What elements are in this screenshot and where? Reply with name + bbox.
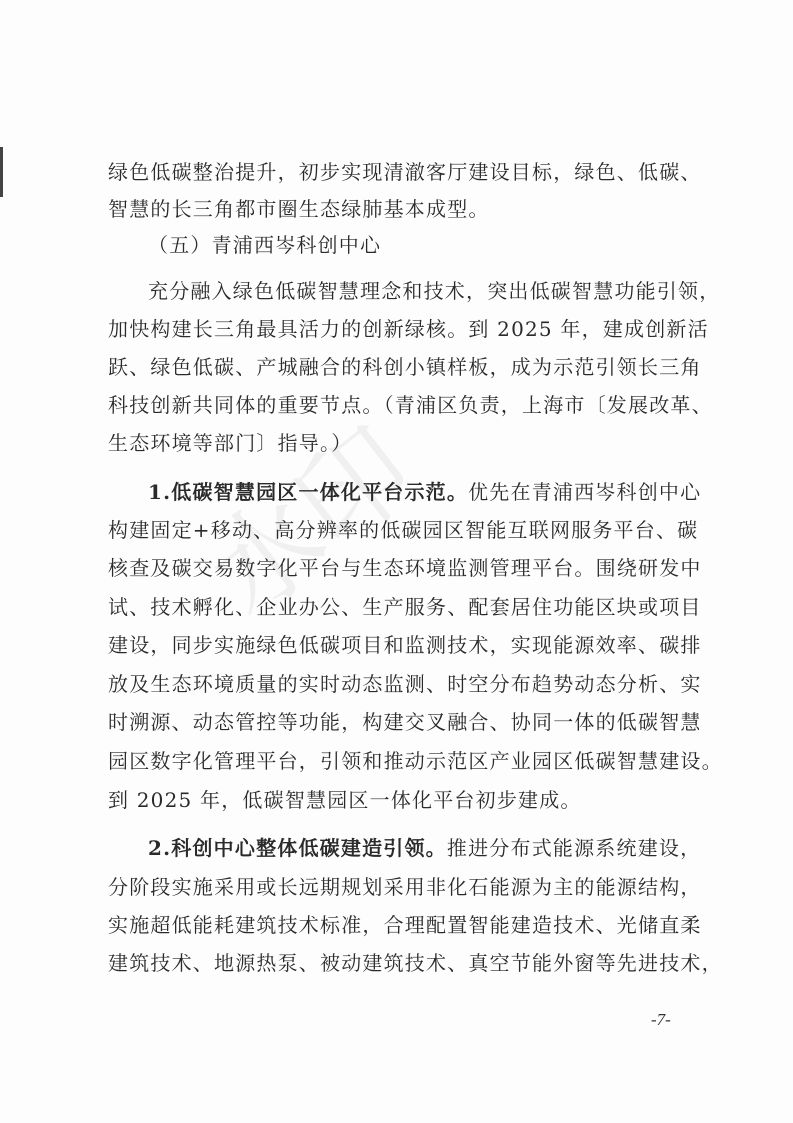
paragraph-line: 放及生态环境质量的实时动态监测、时空分布趋势动态分析、实 — [108, 672, 688, 696]
item-1-text: 优先在青浦西岑科创中心 — [468, 480, 701, 504]
item-2-first-line: 2.科创中心整体低碳建造引领。推进分布式能源系统建设， — [148, 836, 728, 860]
paragraph-line: 绿色低碳整治提升，初步实现清澈客厅建设目标，绿色、低碳、 — [108, 160, 688, 184]
section-heading: （五）青浦西岑科创中心 — [148, 233, 728, 257]
paragraph-line: 充分融入绿色低碳智慧理念和技术，突出低碳智慧功能引领， — [148, 279, 728, 303]
paragraph-line: 科技创新共同体的重要节点。（青浦区负责，上海市〔发展改革、 — [108, 393, 688, 417]
scan-edge-mark — [0, 147, 3, 197]
paragraph-line: 分阶段实施采用或长远期规划采用非化石能源为主的能源结构， — [108, 875, 688, 899]
paragraph-line: 智慧的长三角都市圈生态绿肺基本成型。 — [108, 197, 688, 221]
item-1-first-line: 1.低碳智慧园区一体化平台示范。优先在青浦西岑科创中心 — [148, 480, 728, 504]
paragraph-line: 试、技术孵化、企业办公、生产服务、配套居住功能区块或项目 — [108, 595, 688, 619]
item-2-text: 推进分布式能源系统建设， — [447, 836, 701, 860]
page-number: -7- — [651, 1010, 671, 1030]
paragraph-line: 核查及碳交易数字化平台与生态环境监测管理平台。围绕研发中 — [108, 556, 688, 580]
item-1-heading: 1.低碳智慧园区一体化平台示范。 — [148, 480, 468, 504]
paragraph-line: 园区数字化管理平台，引领和推动示范区产业园区低碳智慧建设。 — [108, 749, 688, 773]
paragraph-line: 到 2025 年，低碳智慧园区一体化平台初步建成。 — [108, 788, 688, 812]
paragraph-line: 建设，同步实施绿色低碳项目和监测技术，实现能源效率、碳排 — [108, 633, 688, 657]
item-2-heading: 2.科创中心整体低碳建造引领。 — [148, 836, 447, 860]
paragraph-line: 生态环境等部门〕指导。） — [108, 431, 688, 455]
paragraph-line: 建筑技术、地源热泵、被动建筑技术、真空节能外窗等先进技术， — [108, 951, 688, 975]
paragraph-line: 跃、绿色低碳、产城融合的科创小镇样板，成为示范引领长三角 — [108, 355, 688, 379]
paragraph-line: 加快构建长三角最具活力的创新绿核。到 2025 年，建成创新活 — [108, 317, 688, 341]
paragraph-line: 构建固定+移动、高分辨率的低碳园区智能互联网服务平台、碳 — [108, 518, 688, 542]
paragraph-line: 时溯源、动态管控等功能，构建交叉融合、协同一体的低碳智慧 — [108, 710, 688, 734]
paragraph-line: 实施超低能耗建筑技术标准，合理配置智能建造技术、光储直柔 — [108, 913, 688, 937]
